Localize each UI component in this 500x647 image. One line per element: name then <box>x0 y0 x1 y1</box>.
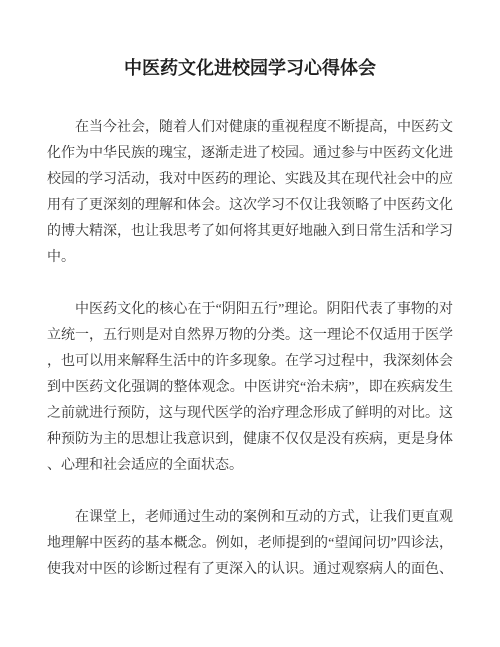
document-title: 中医药文化进校园学习心得体会 <box>47 52 453 84</box>
body-line: 的博大精深，也让我思考了如何将其更好地融入到日常生活和学习 <box>47 219 453 245</box>
body-line: 使我对中医的诊断过程有了更深入的认识。通过观察病人的面色、 <box>47 557 453 583</box>
body-line: 立统一，五行则是对自然界万物的分类。这一理论不仅适用于医学 <box>47 323 453 349</box>
body-line: 地理解中医药的基本概念。例如，老师提到的“望闻问切”四诊法， <box>47 531 453 557</box>
paragraph-2: 中医药文化的核心在于“阴阳五行”理论。阴阳代表了事物的对 立统一，五行则是对自然… <box>47 297 453 479</box>
body-line: 中医药文化的核心在于“阴阳五行”理论。阴阳代表了事物的对 <box>47 297 453 323</box>
body-line: ，也可以用来解释生活中的许多现象。在学习过程中，我深刻体会 <box>47 349 453 375</box>
body-line: 到中医药文化强调的整体观念。中医讲究“治未病”，即在疾病发生 <box>47 375 453 401</box>
document-body: 在当今社会，随着人们对健康的重视程度不断提高，中医药文 化作为中华民族的瑰宝，逐… <box>47 115 453 583</box>
body-line: 之前就进行预防，这与现代医学的治疗理念形成了鲜明的对比。这 <box>47 401 453 427</box>
body-line: 中。 <box>47 245 453 271</box>
body-line: 种预防为主的思想让我意识到，健康不仅仅是没有疾病，更是身体 <box>47 427 453 453</box>
body-line: 在课堂上，老师通过生动的案例和互动的方式，让我们更直观 <box>47 505 453 531</box>
body-line: 、心理和社会适应的全面状态。 <box>47 453 453 479</box>
body-line: 化作为中华民族的瑰宝，逐渐走进了校园。通过参与中医药文化进 <box>47 141 453 167</box>
body-line: 校园的学习活动，我对中医药的理论、实践及其在现代社会中的应 <box>47 167 453 193</box>
paragraph-3: 在课堂上，老师通过生动的案例和互动的方式，让我们更直观 地理解中医药的基本概念。… <box>47 505 453 583</box>
document-page: 中医药文化进校园学习心得体会 在当今社会，随着人们对健康的重视程度不断提高，中医… <box>0 0 500 647</box>
body-line: 用有了更深刻的理解和体会。这次学习不仅让我领略了中医药文化 <box>47 193 453 219</box>
body-line: 在当今社会，随着人们对健康的重视程度不断提高，中医药文 <box>47 115 453 141</box>
paragraph-1: 在当今社会，随着人们对健康的重视程度不断提高，中医药文 化作为中华民族的瑰宝，逐… <box>47 115 453 271</box>
